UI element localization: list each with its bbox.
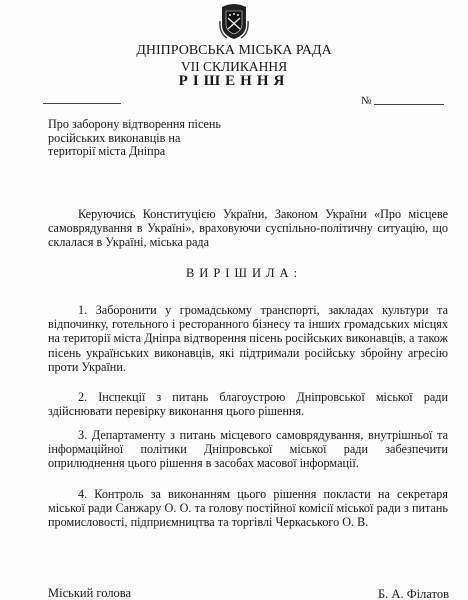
number-sign: №: [361, 95, 372, 107]
decision-item-4: 4. Контроль за виконанням цього рішення …: [48, 487, 448, 530]
decision-item-2: 2. Інспекції з питань благоустрою Дніпро…: [48, 390, 448, 418]
council-name: ДНІПРОВСЬКА МІСЬКА РАДА: [0, 43, 468, 59]
signatory-position: Міський голова: [48, 586, 131, 600]
document-page: ДНІПРОВСЬКА МІСЬКА РАДА VII СКЛИКАННЯ РІ…: [0, 0, 468, 600]
date-blank-line: [43, 103, 121, 104]
number-blank-line: [374, 104, 444, 105]
document-number: №: [361, 95, 444, 107]
decision-subject: Про заборону відтворення пісень російськ…: [48, 118, 228, 159]
document-title: РІШЕННЯ: [0, 73, 468, 90]
decision-item-1: 1. Заборонити у громадському транспорті,…: [48, 303, 448, 374]
decided-heading: ВИРІШИЛА:: [0, 266, 468, 281]
preamble: Керуючись Конституцією України, Законом …: [48, 207, 448, 250]
coat-of-arms-icon: [219, 1, 249, 41]
decision-item-3: 3. Департаменту з питань місцевого самов…: [48, 428, 448, 471]
signatory-name: Б. А. Філатов: [378, 587, 449, 600]
